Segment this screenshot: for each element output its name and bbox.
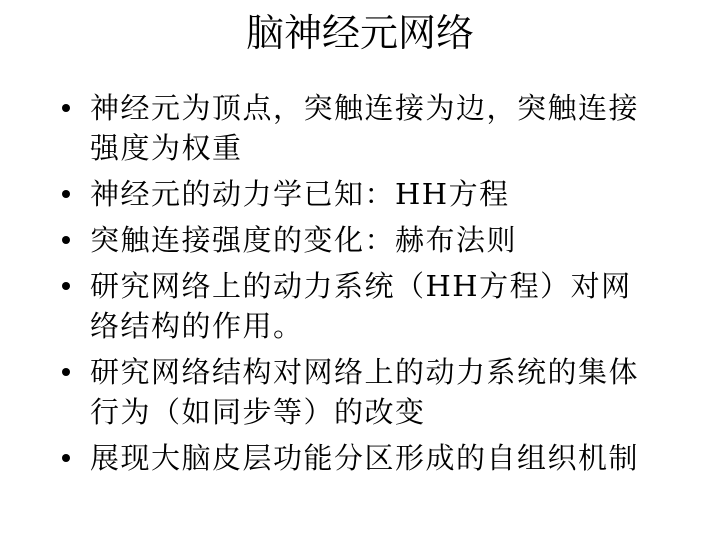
bullet-text: 神经元为顶点，突触连接为边，突触连接强度为权重 [90,88,656,168]
bullet-dot-icon [62,454,70,462]
bullet-item: 展现大脑皮层功能分区形成的自组织机制 [56,438,656,478]
bullet-item: 研究网络上的动力系统（HH方程）对网络结构的作用。 [56,266,656,346]
bullet-item: 突触连接强度的变化：赫布法则 [56,220,656,260]
bullet-text: 研究网络上的动力系统（HH方程）对网络结构的作用。 [90,266,656,346]
bullet-dot-icon [62,104,70,112]
bullet-list: 神经元为顶点，突触连接为边，突触连接强度为权重 神经元的动力学已知：HH方程 突… [56,88,656,484]
bullet-dot-icon [62,282,70,290]
bullet-dot-icon [62,190,70,198]
bullet-dot-icon [62,236,70,244]
bullet-item: 研究网络结构对网络上的动力系统的集体行为（如同步等）的改变 [56,352,656,432]
bullet-text: 展现大脑皮层功能分区形成的自组织机制 [90,438,656,478]
bullet-text: 研究网络结构对网络上的动力系统的集体行为（如同步等）的改变 [90,352,656,432]
slide-title: 脑神经元网络 [0,8,720,58]
bullet-item: 神经元的动力学已知：HH方程 [56,174,656,214]
bullet-text: 神经元的动力学已知：HH方程 [90,174,656,214]
bullet-item: 神经元为顶点，突触连接为边，突触连接强度为权重 [56,88,656,168]
bullet-dot-icon [62,368,70,376]
bullet-text: 突触连接强度的变化：赫布法则 [90,220,656,260]
